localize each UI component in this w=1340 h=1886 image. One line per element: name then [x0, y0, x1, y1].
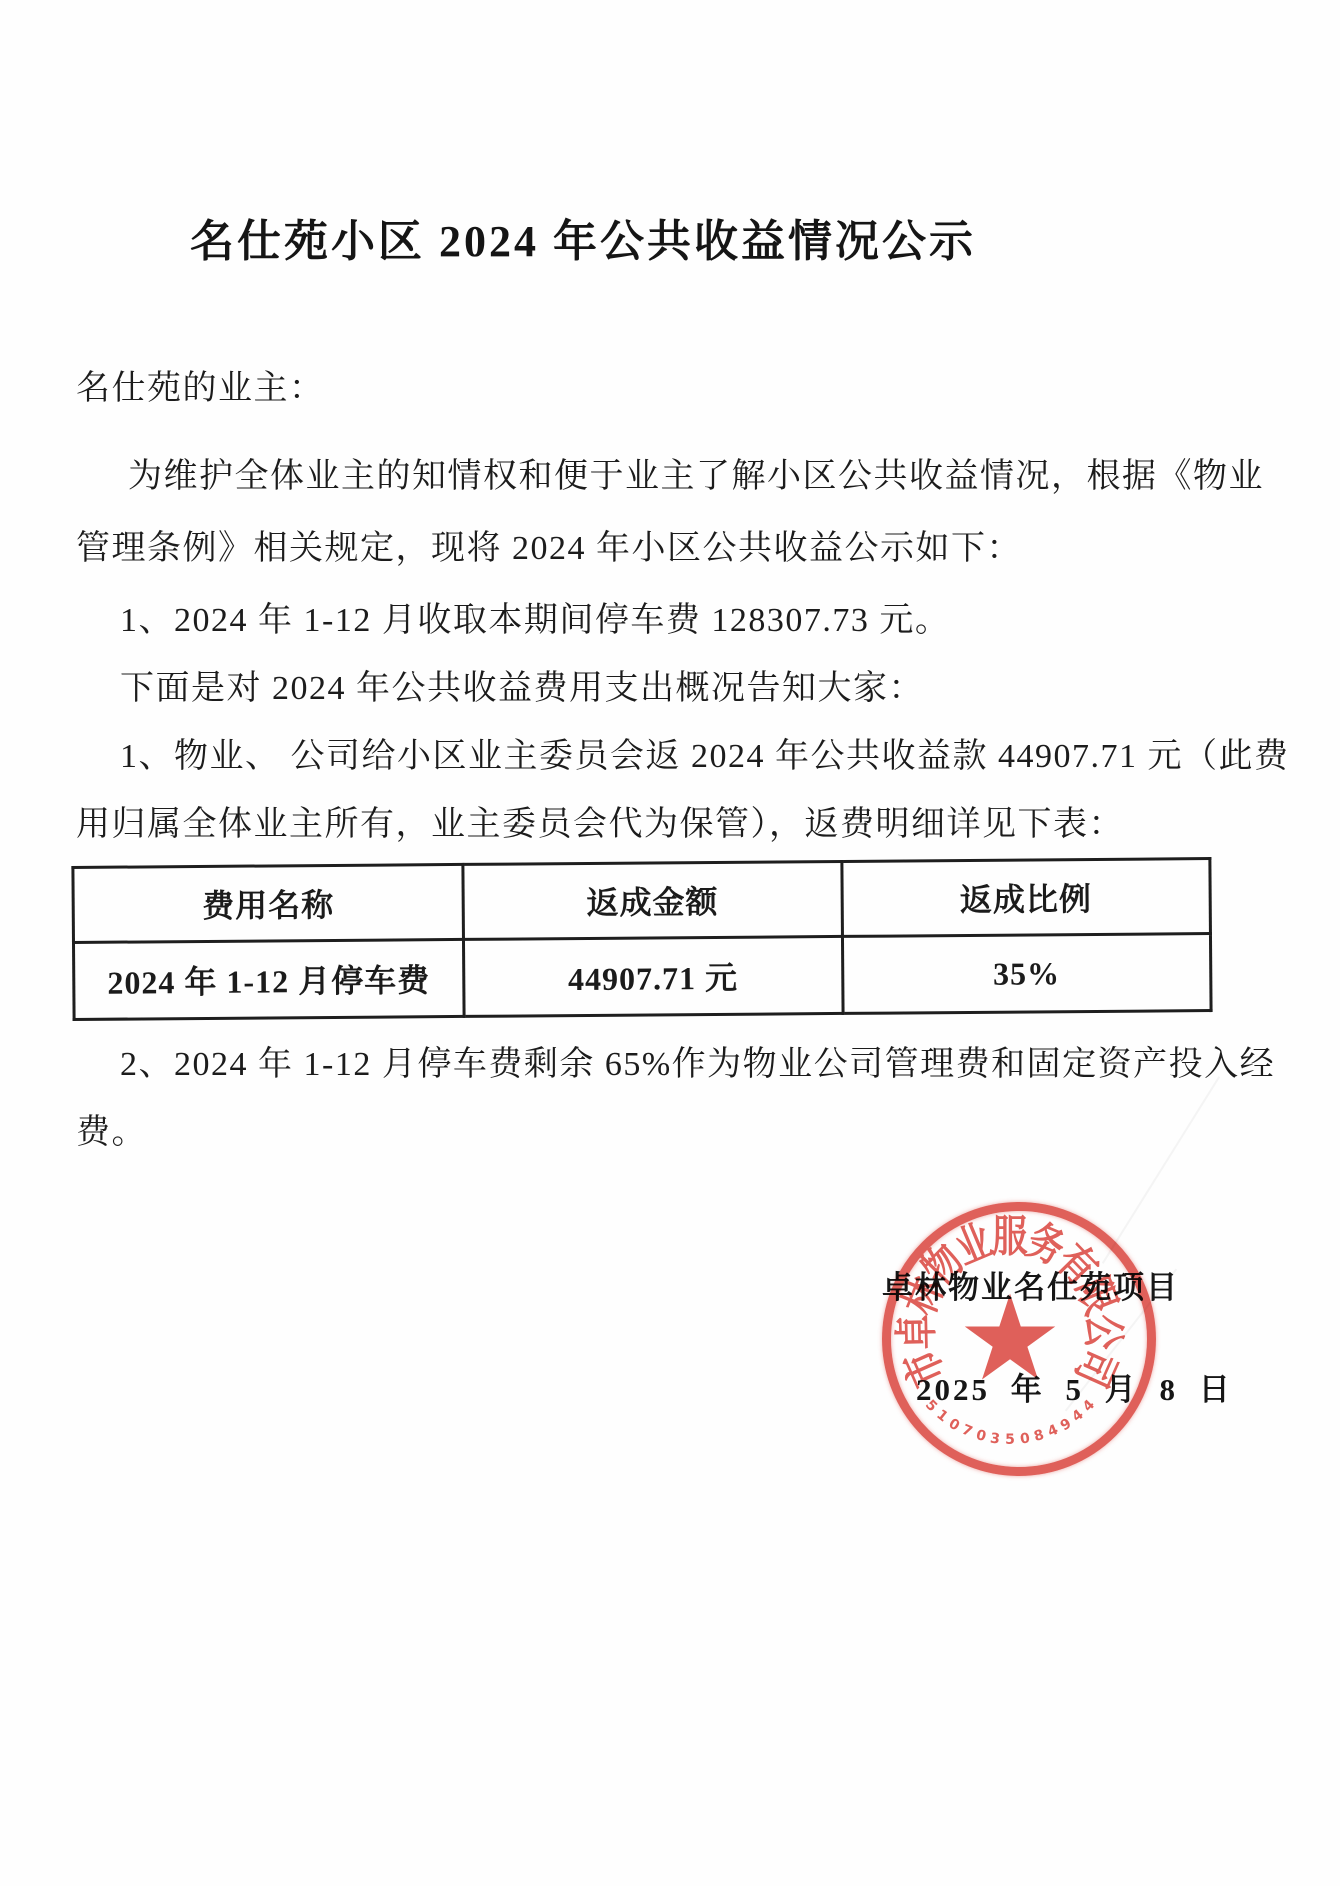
rebate-table: 费用名称 返成金额 返成比例 2024 年 1-12 月停车费 44907.71…	[71, 857, 1212, 1021]
table-header-fee-name: 费用名称	[73, 864, 464, 942]
income-item-1: 1、2024 年 1-12 月收取本期间停车费 128307.73 元。	[120, 592, 950, 641]
expense-item-2-line-1: 2、2024 年 1-12 月停车费剩余 65%作为物业公司管理费和固定资产投入…	[120, 1036, 1275, 1085]
table-header-percentage: 返成比例	[841, 859, 1210, 937]
salutation: 名仕苑的业主：	[76, 360, 325, 409]
table-row: 2024 年 1-12 月停车费 44907.71 元 35%	[73, 934, 1211, 1020]
expense-lead-line: 下面是对 2024 年公共收益费用支出概况告知大家：	[120, 660, 924, 709]
table-cell-fee-name: 2024 年 1-12 月停车费	[73, 939, 464, 1019]
table-cell-amount: 44907.71 元	[463, 936, 842, 1016]
scan-crease	[1102, 1076, 1220, 1264]
expense-item-1-line-2: 用归属全体业主所有，业主委员会代为保管），返费明细详见下表：	[76, 796, 1124, 845]
expense-item-1-line-1: 1、物业、 公司给小区业主委员会返 2024 年公共收益款 44907.71 元…	[120, 728, 1290, 777]
document-title: 名仕苑小区 2024 年公共收益情况公示	[190, 205, 976, 269]
paragraph-1-line-2: 管理条例》相关规定，现将 2024 年小区公共收益公示如下：	[76, 520, 1022, 569]
signature-project-name: 卓林物业名仕苑项目	[882, 1262, 1179, 1307]
table-header-amount: 返成金额	[463, 861, 842, 939]
table-header-row: 费用名称 返成金额 返成比例	[73, 859, 1211, 943]
signature-date: 2025 年 5 月 8 日	[916, 1364, 1233, 1409]
table-cell-percentage: 35%	[842, 934, 1211, 1014]
scanned-notice-page: 名仕苑小区 2024 年公共收益情况公示 名仕苑的业主： 为维护全体业主的知情权…	[0, 0, 1340, 1886]
paragraph-1-line-1: 为维护全体业主的知情权和便于业主了解小区公共收益情况，根据《物业	[128, 448, 1264, 497]
expense-item-2-line-2: 费。	[76, 1104, 147, 1153]
